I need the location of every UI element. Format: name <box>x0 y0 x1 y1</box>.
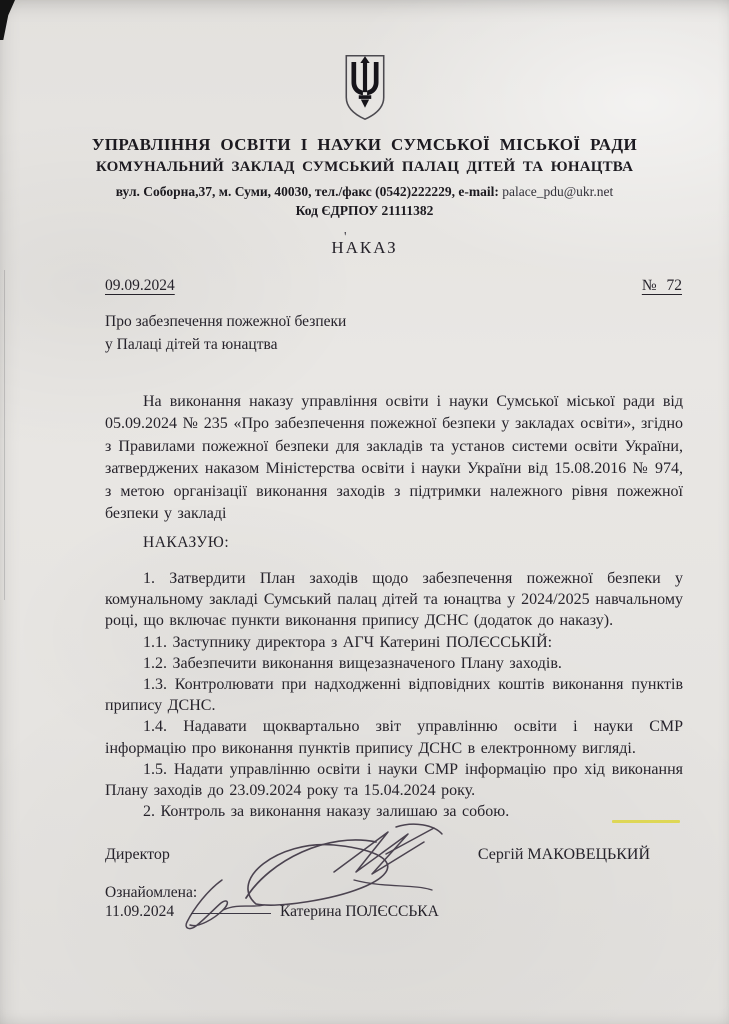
order-items: 1. Затвердити План заходів щодо забезпеч… <box>105 568 683 822</box>
order-item-1-5: 1.5. Надати управлінню освіти і науки СМ… <box>105 759 683 801</box>
acknowledgement-row: 11.09.2024 Катерина ПОЛЄССЬКА <box>105 903 439 921</box>
edrpou-code: Код ЄДРПОУ 21111382 <box>0 203 729 219</box>
organization-name: УПРАВЛІННЯ ОСВІТИ І НАУКИ СУМСЬКОЇ МІСЬК… <box>0 135 729 155</box>
signer-name: Сергій МАКОВЕЦЬКИЙ <box>478 846 650 864</box>
signer-role: Директор <box>105 846 170 864</box>
order-item-1-3: 1.3. Контролювати при надходженні відпов… <box>105 674 683 716</box>
acknowledger-name: Катерина ПОЛЄССЬКА <box>280 903 439 921</box>
document-title: НАКАЗ <box>0 238 729 258</box>
order-item-1-4: 1.4. Надавати щоквартально звіт управлін… <box>105 716 683 758</box>
email-text: palace_pdu@ukr.net <box>502 184 613 199</box>
order-keyword: НАКАЗУЮ: <box>143 534 229 552</box>
address-text: вул. Соборна,37, м. Суми, 40030, тел./фа… <box>116 184 499 199</box>
order-number: № 72 <box>642 277 682 295</box>
highlighter-mark <box>612 820 680 823</box>
ukraine-trident-emblem-icon <box>339 52 391 124</box>
acknowledgement-date: 11.09.2024 <box>105 903 191 921</box>
order-date: 09.09.2024 <box>105 277 175 295</box>
order-meta-row: 09.09.2024 № 72 <box>105 277 682 295</box>
order-item-1-1: 1.1. Заступнику директора з АГЧ Катерині… <box>105 632 683 653</box>
scan-corner-artifact <box>0 0 15 40</box>
scanned-order-document: УПРАВЛІННЯ ОСВІТИ І НАУКИ СУМСЬКОЇ МІСЬК… <box>0 0 729 1024</box>
institution-name: КОМУНАЛЬНИЙ ЗАКЛАД СУМСЬКИЙ ПАЛАЦ ДІТЕЙ … <box>0 159 729 176</box>
address-line: вул. Соборна,37, м. Суми, 40030, тел./фа… <box>0 184 729 200</box>
preamble-paragraph: На виконання наказу управління освіти і … <box>105 391 683 525</box>
scan-crease-line <box>4 270 5 600</box>
subject-line-2: у Палаці дітей та юнацтва <box>105 334 346 357</box>
signature-line <box>191 913 271 914</box>
order-item-1: 1. Затвердити План заходів щодо забезпеч… <box>105 568 683 632</box>
order-item-1-2: 1.2. Забезпечити виконання вищезазначено… <box>105 653 683 674</box>
subject-line-1: Про забезпечення пожежної безпеки <box>105 311 346 334</box>
order-subject: Про забезпечення пожежної безпеки у Пала… <box>105 311 346 356</box>
